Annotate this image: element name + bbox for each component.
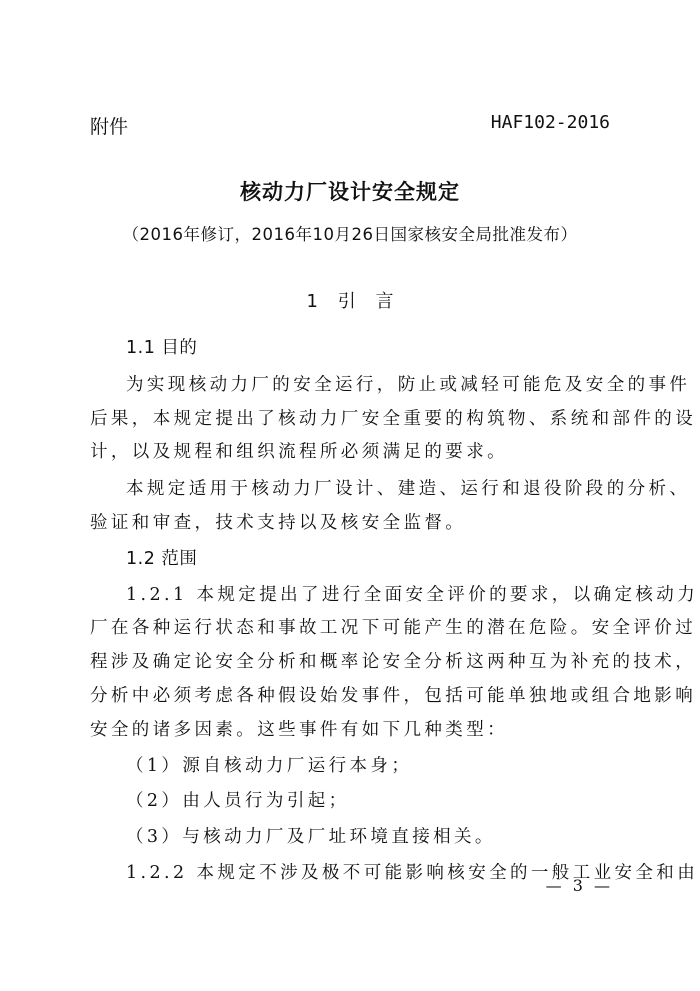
section-heading-purpose: 1.1 目的 bbox=[126, 334, 646, 359]
paragraph-line: 分析中必须考虑各种假设始发事件，包括可能单独地或组合地影响 bbox=[90, 682, 610, 707]
paragraph-line: 安全的诸多因素。这些事件有如下几种类型： bbox=[90, 716, 610, 741]
paragraph-line: 1.2.1 本规定提出了进行全面安全评价的要求，以确定核动力 bbox=[126, 581, 646, 606]
paragraph-line: 后果，本规定提出了核动力厂安全重要的构筑物、系统和部件的设 bbox=[90, 405, 610, 430]
page-number: — 3 — bbox=[546, 876, 610, 895]
list-item: （1）源自核动力厂运行本身； bbox=[126, 752, 646, 777]
document-subtitle: （2016年修订，2016年10月26日国家核安全局批准发布） bbox=[0, 221, 700, 245]
paragraph-line: 程涉及确定论安全分析和概率论安全分析这两种互为补充的技术， bbox=[90, 648, 610, 673]
paragraph-line: 验证和审查，技术支持以及核安全监督。 bbox=[90, 509, 610, 534]
section-heading-scope: 1.2 范围 bbox=[126, 545, 646, 570]
document-title: 核动力厂设计安全规定 bbox=[0, 176, 700, 206]
attachment-label: 附件 bbox=[90, 112, 128, 139]
list-item: （3）与核动力厂及厂址环境直接相关。 bbox=[126, 823, 646, 848]
paragraph-line: 计，以及规程和组织流程所必须满足的要求。 bbox=[90, 438, 610, 463]
document-code: HAF102-2016 bbox=[491, 112, 610, 133]
chapter-heading: 1 引 言 bbox=[0, 287, 700, 313]
paragraph-line: 本规定适用于核动力厂设计、建造、运行和退役阶段的分析、 bbox=[126, 475, 646, 500]
paragraph-line: 厂在各种运行状态和事故工况下可能产生的潜在危险。安全评价过 bbox=[90, 614, 610, 639]
paragraph-line: 为实现核动力厂的安全运行，防止或减轻可能危及安全的事件 bbox=[126, 371, 646, 396]
list-item: （2）由人员行为引起； bbox=[126, 787, 646, 812]
